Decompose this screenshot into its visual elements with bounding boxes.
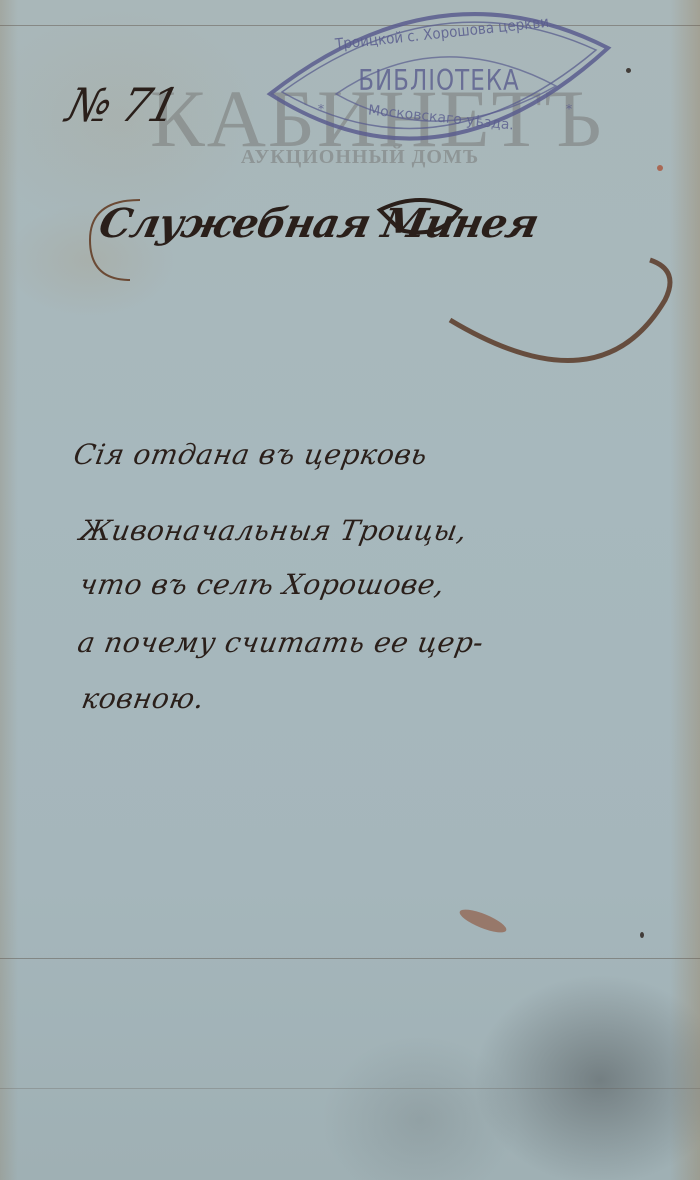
manuscript-page: КАБИНЕТЪ АУКЦИОННЫЙ ДОМЪ Троицкой с. Хор… [0,0,700,1180]
inscription-line: Сія отдана въ церковь [71,438,430,471]
stamp-center-text: БИБЛІОТЕКА [266,65,612,98]
inscription-line: что въ селѣ Хорошове, [77,568,447,601]
shelf-number: № 71 [61,78,183,132]
star-icon: * [318,102,324,116]
ink-spot [640,932,644,938]
library-stamp: Троицкой с. Хорошова церкви БИБЛІОТЕКА М… [266,2,612,152]
ruled-line-bottom [0,1088,700,1089]
inscription-line: а почему считать ее цер- [75,626,486,659]
inscription-line: Живоначальныя Троицы, [77,514,470,547]
inscription-line: ковною. [79,682,207,715]
ink-spot [626,68,631,73]
book-title: Служебная Минея [95,200,542,247]
ruled-line-middle [0,958,700,959]
star-icon: * [566,102,572,116]
foxing-spot [657,165,663,171]
rust-stain [457,905,509,937]
